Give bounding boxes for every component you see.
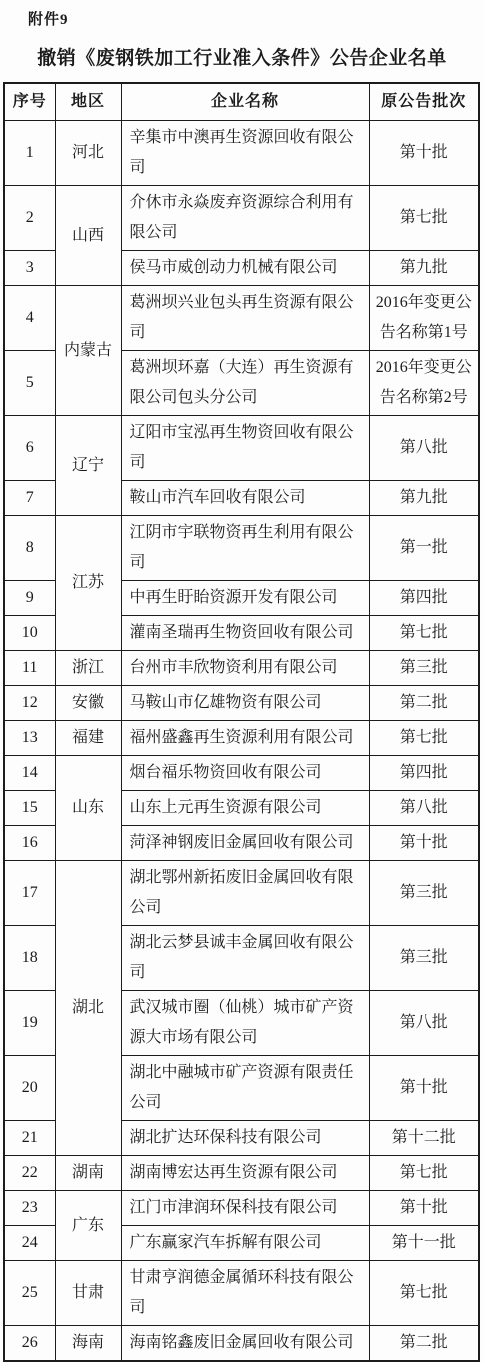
batch-cell: 第十批 <box>369 826 479 861</box>
company-cell: 辛集市中澳再生资源回收有限公司 <box>121 121 369 186</box>
seq-cell: 16 <box>4 826 55 861</box>
company-cell: 马鞍山市亿雄物资有限公司 <box>121 686 369 721</box>
company-cell: 台州市丰欣物资利用有限公司 <box>121 651 369 686</box>
batch-cell: 第七批 <box>369 1261 479 1326</box>
region-cell: 山西 <box>55 186 121 286</box>
enterprise-table: 序号 地区 企业名称 原公告批次 1河北辛集市中澳再生资源回收有限公司第十批2山… <box>3 82 480 1362</box>
table-row: 13福建福州盛鑫再生资源利用有限公司第七批 <box>4 721 479 756</box>
seq-cell: 22 <box>4 1156 55 1191</box>
company-cell: 葛洲坝兴业包头再生资源有限公司 <box>121 286 369 351</box>
company-cell: 福州盛鑫再生资源利用有限公司 <box>121 721 369 756</box>
region-cell: 湖南 <box>55 1156 121 1191</box>
header-region: 地区 <box>55 83 121 121</box>
seq-cell: 21 <box>4 1121 55 1156</box>
table-row: 23广东江门市津润环保科技有限公司第十批 <box>4 1191 479 1226</box>
seq-cell: 18 <box>4 926 55 991</box>
batch-cell: 2016年变更公告名称第2号 <box>369 351 479 416</box>
table-row: 22湖南湖南博宏达再生资源有限公司第七批 <box>4 1156 479 1191</box>
batch-cell: 第二批 <box>369 686 479 721</box>
batch-cell: 第七批 <box>369 721 479 756</box>
company-cell: 江门市津润环保科技有限公司 <box>121 1191 369 1226</box>
batch-cell: 第七批 <box>369 186 479 251</box>
region-cell: 广东 <box>55 1191 121 1261</box>
seq-cell: 13 <box>4 721 55 756</box>
batch-cell: 第一批 <box>369 516 479 581</box>
seq-cell: 24 <box>4 1226 55 1261</box>
company-cell: 介休市永焱废弃资源综合利用有限公司 <box>121 186 369 251</box>
table-header: 序号 地区 企业名称 原公告批次 <box>4 83 479 121</box>
batch-cell: 第七批 <box>369 1156 479 1191</box>
batch-cell: 第十批 <box>369 1056 479 1121</box>
batch-cell: 第八批 <box>369 991 479 1056</box>
table-row: 12安徽马鞍山市亿雄物资有限公司第二批 <box>4 686 479 721</box>
seq-cell: 26 <box>4 1326 55 1362</box>
company-cell: 湖北鄂州新拓废旧金属回收有限公司 <box>121 861 369 926</box>
batch-cell: 第十批 <box>369 1191 479 1226</box>
region-cell: 江苏 <box>55 516 121 651</box>
page-title: 撤销《废钢铁加工行业准入条件》公告企业名单 <box>0 43 484 70</box>
attachment-label: 附件9 <box>28 8 484 29</box>
company-cell: 海南铭鑫废旧金属回收有限公司 <box>121 1326 369 1362</box>
batch-cell: 第四批 <box>369 756 479 791</box>
batch-cell: 第十批 <box>369 121 479 186</box>
company-cell: 葛洲坝环嘉（大连）再生资源有限公司包头分公司 <box>121 351 369 416</box>
table-header-row: 序号 地区 企业名称 原公告批次 <box>4 83 479 121</box>
seq-cell: 7 <box>4 481 55 516</box>
seq-cell: 6 <box>4 416 55 481</box>
company-cell: 湖北云梦县诚丰金属回收有限公司 <box>121 926 369 991</box>
batch-cell: 2016年变更公告名称第1号 <box>369 286 479 351</box>
region-cell: 甘肃 <box>55 1261 121 1326</box>
batch-cell: 第十二批 <box>369 1121 479 1156</box>
seq-cell: 9 <box>4 581 55 616</box>
batch-cell: 第八批 <box>369 416 479 481</box>
batch-cell: 第三批 <box>369 651 479 686</box>
seq-cell: 8 <box>4 516 55 581</box>
company-cell: 湖南博宏达再生资源有限公司 <box>121 1156 369 1191</box>
batch-cell: 第七批 <box>369 616 479 651</box>
company-cell: 烟台福乐物资回收有限公司 <box>121 756 369 791</box>
company-cell: 武汉城市圈（仙桃）城市矿产资源大市场有限公司 <box>121 991 369 1056</box>
region-cell: 安徽 <box>55 686 121 721</box>
header-company: 企业名称 <box>121 83 369 121</box>
table-row: 4内蒙古葛洲坝兴业包头再生资源有限公司2016年变更公告名称第1号 <box>4 286 479 351</box>
seq-cell: 3 <box>4 251 55 286</box>
region-cell: 辽宁 <box>55 416 121 516</box>
company-cell: 广东赢家汽车拆解有限公司 <box>121 1226 369 1261</box>
company-cell: 湖北扩达环保科技有限公司 <box>121 1121 369 1156</box>
table-row: 1河北辛集市中澳再生资源回收有限公司第十批 <box>4 121 479 186</box>
seq-cell: 10 <box>4 616 55 651</box>
seq-cell: 14 <box>4 756 55 791</box>
region-cell: 福建 <box>55 721 121 756</box>
region-cell: 河北 <box>55 121 121 186</box>
company-cell: 灌南圣瑞再生物资回收有限公司 <box>121 616 369 651</box>
batch-cell: 第十一批 <box>369 1226 479 1261</box>
seq-cell: 4 <box>4 286 55 351</box>
seq-cell: 20 <box>4 1056 55 1121</box>
document-page: 附件9 撤销《废钢铁加工行业准入条件》公告企业名单 序号 地区 企业名称 原公告… <box>0 0 484 1362</box>
region-cell: 湖北 <box>55 861 121 1156</box>
header-seq: 序号 <box>4 83 55 121</box>
batch-cell: 第四批 <box>369 581 479 616</box>
company-cell: 江阴市宇联物资再生利用有限公司 <box>121 516 369 581</box>
table-row: 26海南海南铭鑫废旧金属回收有限公司第二批 <box>4 1326 479 1362</box>
table-body: 1河北辛集市中澳再生资源回收有限公司第十批2山西介休市永焱废弃资源综合利用有限公… <box>4 121 479 1362</box>
seq-cell: 23 <box>4 1191 55 1226</box>
seq-cell: 2 <box>4 186 55 251</box>
table-row: 2山西介休市永焱废弃资源综合利用有限公司第七批 <box>4 186 479 251</box>
region-cell: 浙江 <box>55 651 121 686</box>
seq-cell: 19 <box>4 991 55 1056</box>
header-batch: 原公告批次 <box>369 83 479 121</box>
table-row: 17湖北湖北鄂州新拓废旧金属回收有限公司第三批 <box>4 861 479 926</box>
table-row: 25甘肃甘肃亨润德金属循环科技有限公司第七批 <box>4 1261 479 1326</box>
company-cell: 山东上元再生资源有限公司 <box>121 791 369 826</box>
table-row: 6辽宁辽阳市宝泓再生物资回收有限公司第八批 <box>4 416 479 481</box>
batch-cell: 第三批 <box>369 861 479 926</box>
batch-cell: 第三批 <box>369 926 479 991</box>
company-cell: 辽阳市宝泓再生物资回收有限公司 <box>121 416 369 481</box>
region-cell: 内蒙古 <box>55 286 121 416</box>
seq-cell: 17 <box>4 861 55 926</box>
seq-cell: 25 <box>4 1261 55 1326</box>
seq-cell: 5 <box>4 351 55 416</box>
batch-cell: 第九批 <box>369 481 479 516</box>
seq-cell: 12 <box>4 686 55 721</box>
company-cell: 中再生盱眙资源开发有限公司 <box>121 581 369 616</box>
company-cell: 菏泽神钢废旧金属回收有限公司 <box>121 826 369 861</box>
seq-cell: 15 <box>4 791 55 826</box>
company-cell: 甘肃亨润德金属循环科技有限公司 <box>121 1261 369 1326</box>
table-row: 14山东烟台福乐物资回收有限公司第四批 <box>4 756 479 791</box>
region-cell: 山东 <box>55 756 121 861</box>
company-cell: 鞍山市汽车回收有限公司 <box>121 481 369 516</box>
company-cell: 侯马市威创动力机械有限公司 <box>121 251 369 286</box>
batch-cell: 第八批 <box>369 791 479 826</box>
seq-cell: 11 <box>4 651 55 686</box>
region-cell: 海南 <box>55 1326 121 1362</box>
batch-cell: 第二批 <box>369 1326 479 1362</box>
seq-cell: 1 <box>4 121 55 186</box>
table-row: 11浙江台州市丰欣物资利用有限公司第三批 <box>4 651 479 686</box>
table-row: 8江苏江阴市宇联物资再生利用有限公司第一批 <box>4 516 479 581</box>
company-cell: 湖北中融城市矿产资源有限责任公司 <box>121 1056 369 1121</box>
batch-cell: 第九批 <box>369 251 479 286</box>
